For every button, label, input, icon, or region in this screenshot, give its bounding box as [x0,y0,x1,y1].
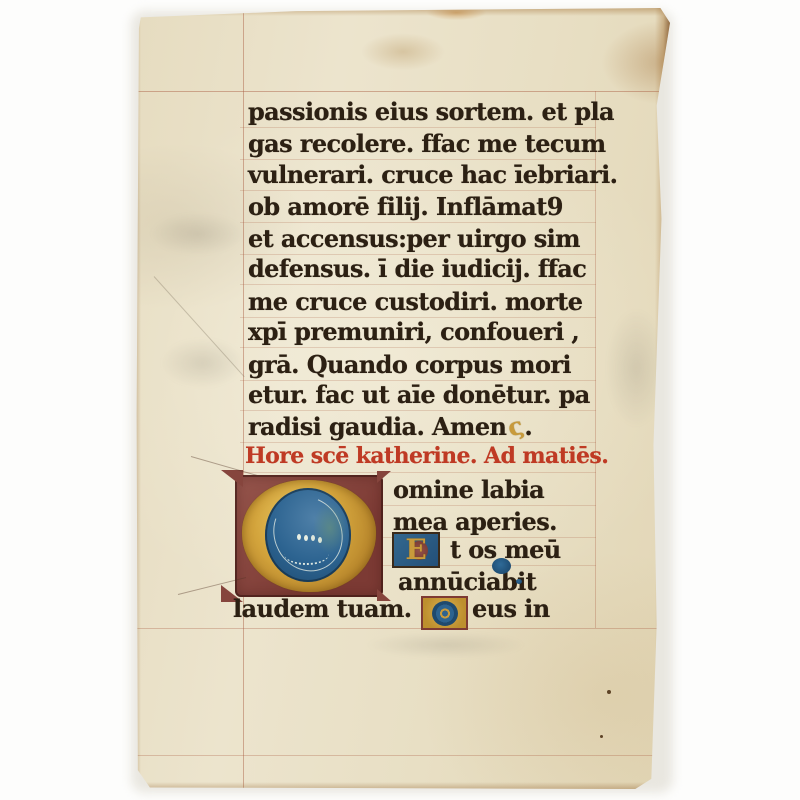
ruling-baseline [240,347,596,348]
text-line: gas recolere. ffac me tecum [248,132,606,156]
text-line: eus in [472,597,550,621]
frame-cusp-icon [377,471,391,483]
ruling-baseline [240,127,596,128]
manuscript-leaf: passionis eius sortem. et pla gas recole… [136,8,670,789]
text-line: omine labia [393,478,544,502]
ruling-baseline [240,472,596,473]
text-line: ob amorē filij. Inflāmat9 [248,195,563,219]
small-initial-e: E [392,532,440,568]
amen-text: radisi gaudia. Amen [248,412,506,441]
ruling-left-line [243,8,244,789]
ruling-top-line [136,91,670,92]
ruling-below-text-line [136,628,670,629]
blue-counter-with-penwork [265,488,351,582]
text-line: et accensus:per uirgo sim [248,227,580,251]
text-line: mea aperies. [393,510,557,534]
show-through-smudge [366,632,526,658]
text-line: etur. fac ut aīe donētur. pa [248,383,590,407]
gold-flourish: ς [505,413,526,440]
text-line-amen: radisi gaudia. Amenς. [248,415,532,439]
text-line: grā. Quando corpus mori [248,353,571,377]
text-line: passionis eius sortem. et pla [248,100,614,124]
text-line: xpī premuniri, confoueri , [248,320,579,344]
photo-background: { "leaf": { "kind": "illuminated manuscr… [0,0,800,800]
initial-letter-value: E [405,536,426,564]
small-initial-d: D [421,596,468,630]
rubric-line: Hore scē katherine. Ad matiēs. [245,445,608,467]
text-line: me cruce custodiri. morte [248,290,582,314]
text-line: laudem tuam. [233,597,412,621]
blue-ink-blot [492,558,511,574]
brown-speck [607,690,611,694]
ruling-baseline [240,410,596,411]
illuminated-initial-d: D [235,475,383,597]
ruling-baseline [240,190,596,191]
show-through-smudge [150,213,245,255]
text-line: vulnerari. cruce hac īebriari. [248,163,617,187]
ruling-baseline [240,284,596,285]
white-penwork-dots [297,534,301,540]
ruling-baseline [240,222,596,223]
show-through-smudge [160,338,245,388]
ruling-bottom-margin-line [136,755,670,756]
brown-speck [600,735,603,738]
blue-ink-dot [516,579,522,584]
green-smudge [313,502,347,554]
text-line: defensus. ī die iudicij. ffac [248,257,586,281]
